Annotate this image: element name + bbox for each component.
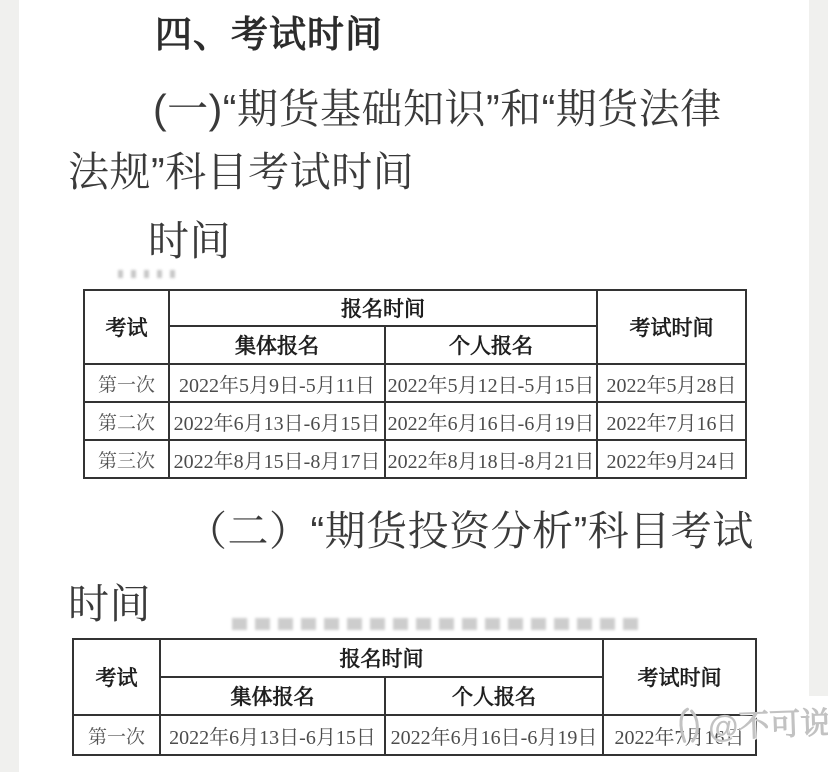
document-page: 四、考试时间 (一)“期货基础知识”和“期货法律 法规”科目考试时间 时间 考试… xyxy=(0,0,828,772)
ghost-text-artifact-line xyxy=(232,618,644,630)
para2-line2: 时间 xyxy=(68,571,151,630)
ghost-text-artifact-small xyxy=(118,270,182,278)
table2-row-1: 第一次 2022年6月13日-6月15日 2022年6月16日-6月19日 20… xyxy=(73,715,756,755)
table1-row3-individual: 2022年8月18日-8月21日 xyxy=(385,440,597,478)
table2-row1-exam-time: 2022年7月16日 xyxy=(603,715,756,755)
table1-row-2: 第二次 2022年6月13日-6月15日 2022年6月16日-6月19日 20… xyxy=(84,402,746,440)
table1-row1-individual: 2022年5月12日-5月15日 xyxy=(385,364,597,402)
table1-header-exam-time: 考试时间 xyxy=(597,290,746,364)
table1-header-exam: 考试 xyxy=(84,290,169,364)
table1-header-individual-registration: 个人报名 xyxy=(385,326,597,364)
table2-row1-exam: 第一次 xyxy=(73,715,160,755)
table2-header-group-registration: 集体报名 xyxy=(160,677,385,715)
table1-header-group-registration: 集体报名 xyxy=(169,326,385,364)
para1-line1: (一)“期货基础知识”和“期货法律 xyxy=(153,76,722,135)
table1-row2-exam: 第二次 xyxy=(84,402,169,440)
exam-schedule-table-basics: 考试 报名时间 考试时间 集体报名 个人报名 第一次 2022年5月9日-5月1… xyxy=(83,289,747,479)
table1-row2-exam-time: 2022年7月16日 xyxy=(597,402,746,440)
table2-header-exam: 考试 xyxy=(73,639,160,715)
table1-row3-exam: 第三次 xyxy=(84,440,169,478)
para2-line1: （二）“期货投资分析”科目考试 xyxy=(186,498,754,557)
exam-schedule-table-analysis: 考试 报名时间 考试时间 集体报名 个人报名 第一次 2022年6月13日-6月… xyxy=(72,638,757,756)
table1-row1-exam: 第一次 xyxy=(84,364,169,402)
right-margin-strip xyxy=(809,0,828,696)
section-heading: 四、考试时间 xyxy=(155,4,383,58)
table1-row3-group: 2022年8月15日-8月17日 xyxy=(169,440,385,478)
table2-row1-group: 2022年6月13日-6月15日 xyxy=(160,715,385,755)
table2-header-individual-registration: 个人报名 xyxy=(385,677,603,715)
table1-header-registration: 报名时间 xyxy=(169,290,597,326)
para1-line2: 法规”科目考试时间 xyxy=(68,139,414,198)
table1-row1-exam-time: 2022年5月28日 xyxy=(597,364,746,402)
table2-header-registration: 报名时间 xyxy=(160,639,603,677)
table1-row2-individual: 2022年6月16日-6月19日 xyxy=(385,402,597,440)
table1-row2-group: 2022年6月13日-6月15日 xyxy=(169,402,385,440)
para1-line3: 时间 xyxy=(148,208,231,267)
table1-row3-exam-time: 2022年9月24日 xyxy=(597,440,746,478)
table1-row-1: 第一次 2022年5月9日-5月11日 2022年5月12日-5月15日 202… xyxy=(84,364,746,402)
left-margin-strip xyxy=(0,0,19,772)
table2-row1-individual: 2022年6月16日-6月19日 xyxy=(385,715,603,755)
table1-row-3: 第三次 2022年8月15日-8月17日 2022年8月18日-8月21日 20… xyxy=(84,440,746,478)
table2-header-exam-time: 考试时间 xyxy=(603,639,756,715)
table1-row1-group: 2022年5月9日-5月11日 xyxy=(169,364,385,402)
